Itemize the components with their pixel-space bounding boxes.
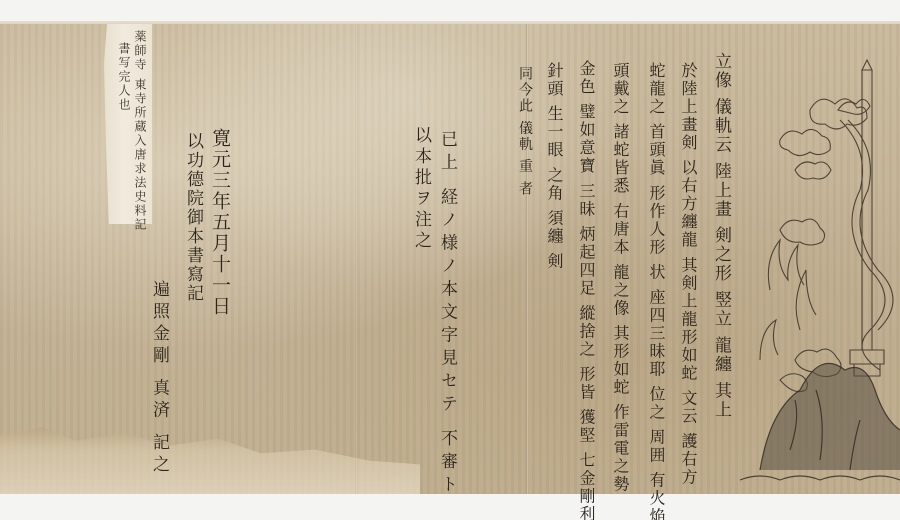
right-line-6: 針頭 生一眼 之角 須纏 剣 bbox=[546, 62, 562, 262]
colophon-line-2: 以功德院御本書寫記 bbox=[184, 132, 201, 332]
middle-line-1: 已上 経ノ様ノ本文字見セテ 不審ト bbox=[438, 130, 455, 480]
right-line-4: 頭戴之 諸蛇皆悉 右唐本 龍之像 其形如蛇 作雷電之勢 bbox=[612, 62, 628, 482]
right-line-5: 金色 璧如意寶 三昧 炳起四足 縱捨之 形皆 獲堅 七金剛利 bbox=[578, 60, 594, 490]
colophon-line-3: 遍照金剛 真済 記之 bbox=[150, 280, 167, 390]
slip-line-2: 書写完人也 bbox=[118, 42, 130, 122]
right-line-7: 同今此 儀軌 重 者 bbox=[518, 66, 532, 226]
right-line-2: 於陸上畫剣 以右方纏龍 其剣上龍形如蛇 文云 護右方 bbox=[680, 62, 696, 482]
right-line-3: 蛇龍之 首頭眞 形作人形 状 座四三昧耶 位之 周囲 有火焔 bbox=[648, 62, 664, 482]
paper-seam-faint bbox=[355, 24, 358, 494]
middle-line-2: 以本批ヲ注之 bbox=[412, 126, 429, 276]
kurikara-dragon-drawing bbox=[740, 30, 900, 495]
right-line-1: 立像 儀軌云 陸上畫 剣之形 竪立 龍纏 其上 bbox=[712, 52, 729, 472]
slip-line-1: 薬師寺 東寺所蔵入唐求法史料記 bbox=[134, 30, 146, 220]
colophon-line-1: 寛元三年五月十一日 bbox=[210, 128, 229, 488]
